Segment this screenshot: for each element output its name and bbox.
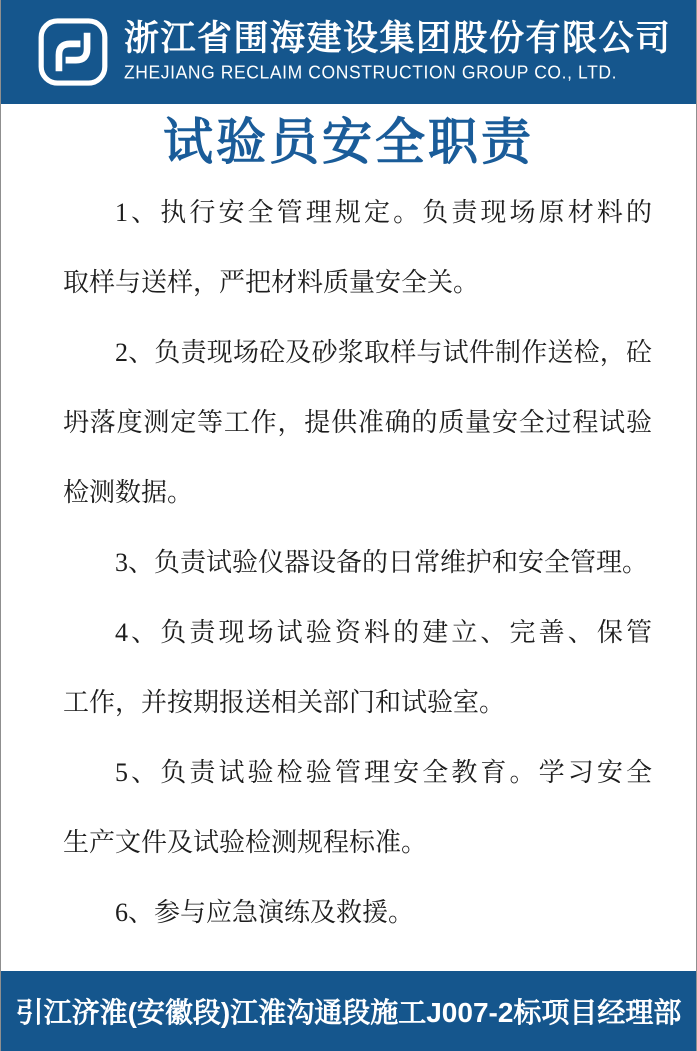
duty-line: 坍落度测定等工作，提供准确的质量安全过程试验 xyxy=(63,388,652,458)
safety-duty-poster: 浙江省围海建设集团股份有限公司 ZHEJIANG RECLAIM CONSTRU… xyxy=(0,0,697,1051)
page-title: 试验员安全职责 xyxy=(1,104,696,178)
duty-line: 1、执行安全管理规定。负责现场原材料的 xyxy=(63,178,652,248)
duty-line: 6、参与应急演练及救援。 xyxy=(63,878,652,948)
duties-list: 1、执行安全管理规定。负责现场原材料的取样与送样，严把材料质量安全关。2、负责现… xyxy=(1,178,696,948)
duty-line: 生产文件及试验检测规程标准。 xyxy=(63,808,652,878)
duty-line: 5、负责试验检验管理安全教育。学习安全 xyxy=(63,738,652,808)
footer-project-name: 引江济淮(安徽段)江淮沟通段施工J007-2标项目经理部 xyxy=(16,991,682,1031)
company-name-block: 浙江省围海建设集团股份有限公司 ZHEJIANG RECLAIM CONSTRU… xyxy=(124,21,672,83)
duty-line: 2、负责现场砼及砂浆取样与试件制作送检，砼 xyxy=(63,318,652,388)
duty-line: 3、负责试验仪器设备的日常维护和安全管理。 xyxy=(63,528,652,598)
company-logo xyxy=(35,15,111,89)
duty-line: 检测数据。 xyxy=(63,458,652,528)
company-name-zh: 浙江省围海建设集团股份有限公司 xyxy=(124,21,672,58)
footer-band: 引江济淮(安徽段)江淮沟通段施工J007-2标项目经理部 xyxy=(1,971,696,1051)
header-band: 浙江省围海建设集团股份有限公司 ZHEJIANG RECLAIM CONSTRU… xyxy=(1,0,696,104)
duty-line: 取样与送样，严把材料质量安全关。 xyxy=(63,248,652,318)
weihai-logo-icon xyxy=(35,15,111,89)
company-name-en: ZHEJIANG RECLAIM CONSTRUCTION GROUP CO.,… xyxy=(124,61,672,84)
duty-line: 4、负责现场试验资料的建立、完善、保管 xyxy=(63,598,652,668)
duty-line: 工作，并按期报送相关部门和试验室。 xyxy=(63,668,652,738)
